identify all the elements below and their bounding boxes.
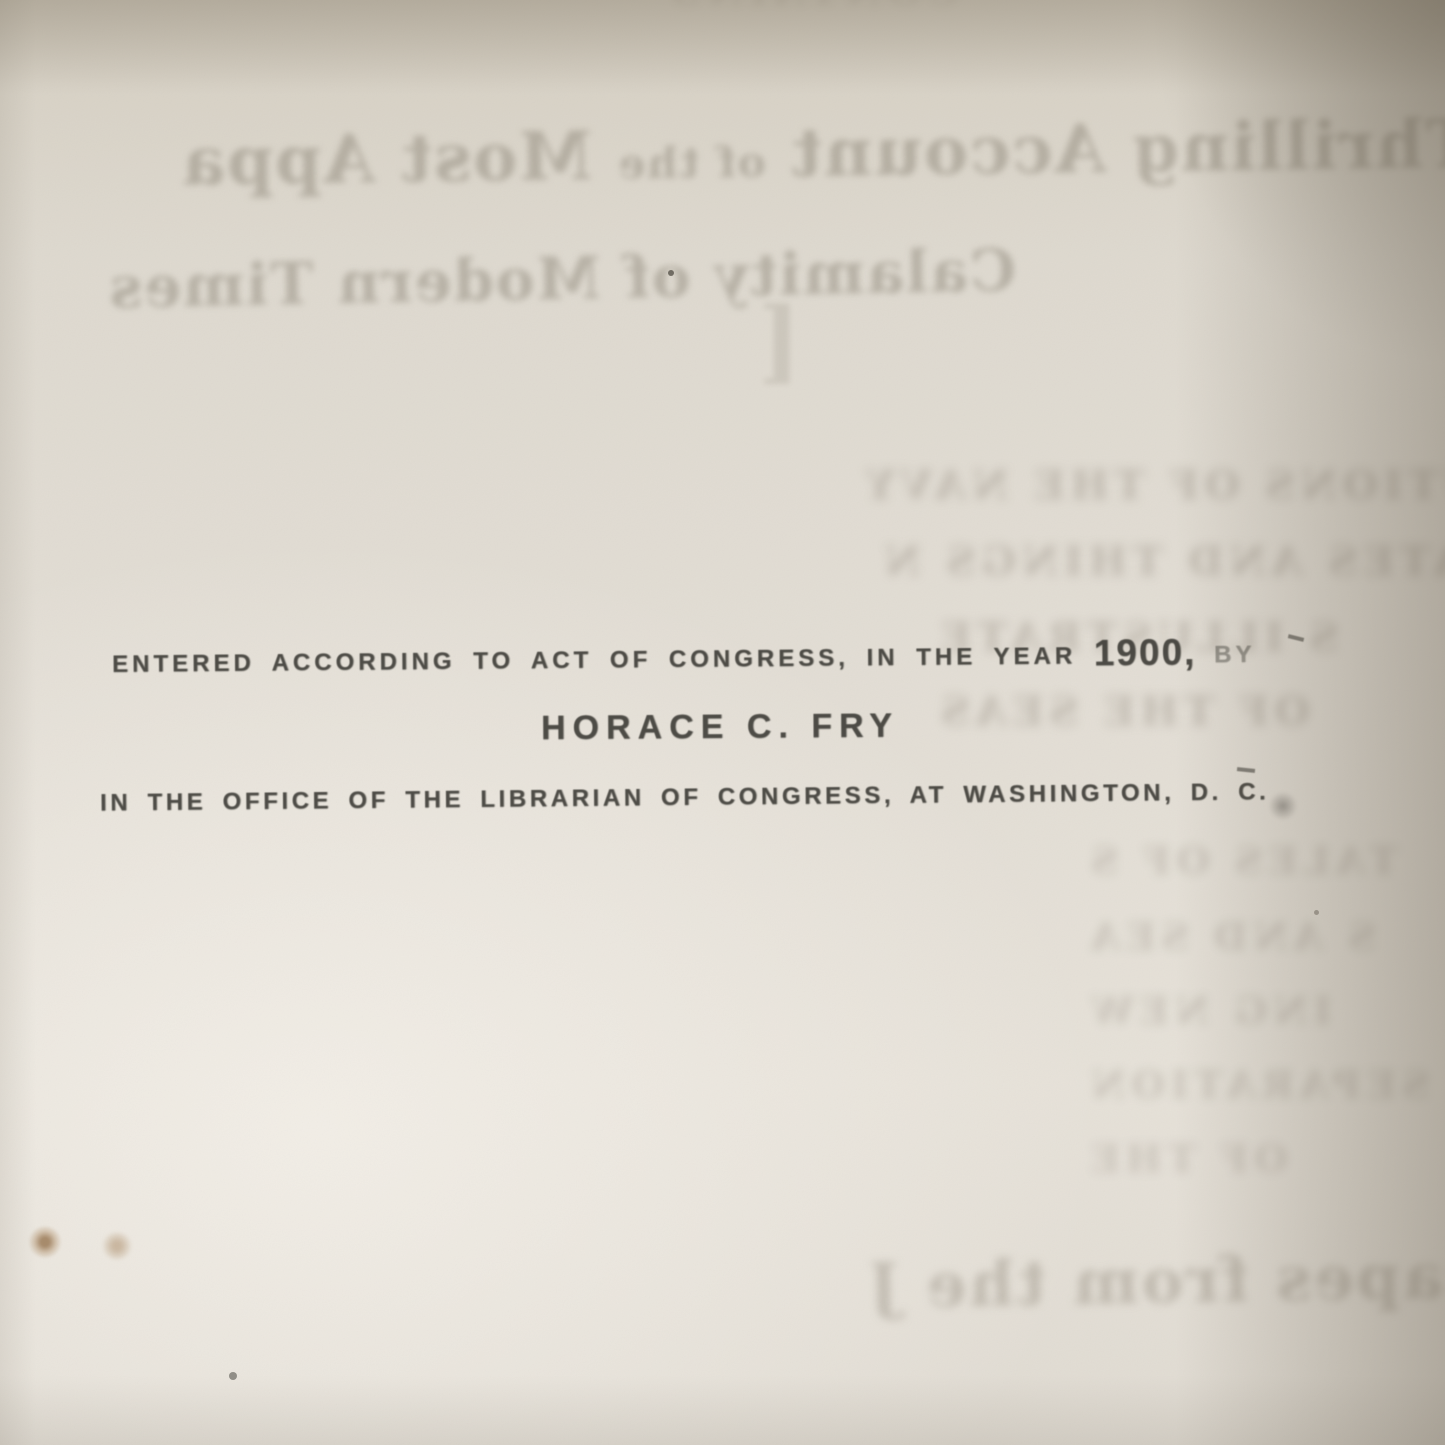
shadow-left-edge (0, 0, 36, 1445)
shadow-bottom-edge (0, 1375, 1445, 1445)
shadow-right-edge (1175, 0, 1445, 1445)
book-page-photo: CONTAINS Thrilling Account of the Most A… (0, 0, 1445, 1445)
